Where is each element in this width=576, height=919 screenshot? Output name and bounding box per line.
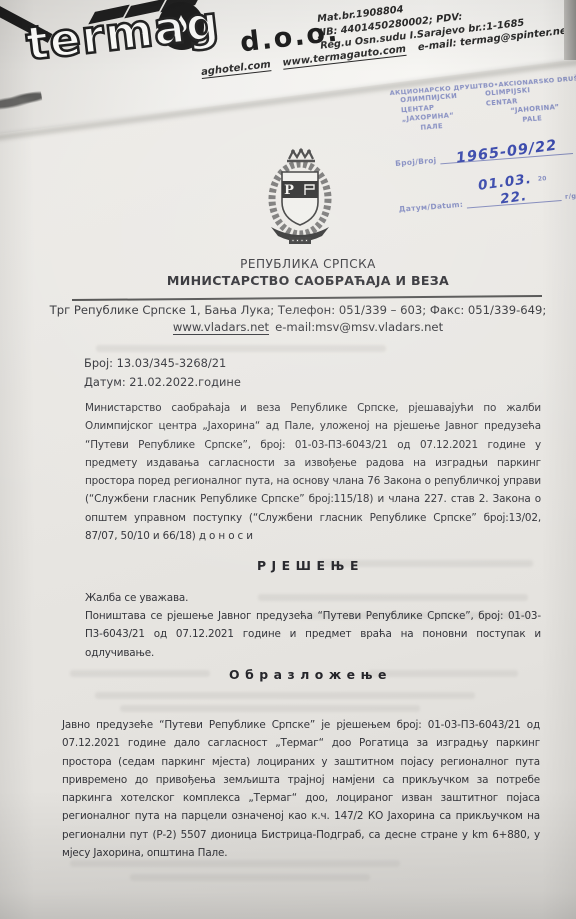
stamp-date-suffix: г/g	[565, 192, 576, 201]
republic-title: РЕПУБЛИКА СРПСКА	[40, 257, 576, 271]
stamp-number-line: 1965-09/22	[439, 137, 573, 164]
decision-paragraph: Поништава се рјешење Јавног предузећа “П…	[85, 607, 541, 662]
address-line: Трг Републике Српске 1, Бања Лука; Телеф…	[20, 303, 576, 317]
document-number: Број: 13.03/345-3268/21	[84, 354, 241, 373]
bleed-through	[96, 345, 386, 352]
company-logo: termag	[24, 0, 223, 71]
intro-paragraph: Министарство саобраћаја и веза Републике…	[85, 399, 541, 545]
stamp-text-cyrillic: ПАЛЕ	[420, 122, 443, 133]
bleed-through	[95, 692, 475, 699]
document-meta: Број: 13.03/345-3268/21 Датум: 21.02.202…	[84, 354, 241, 391]
contact-line: www.vladars.nete-mail:msv@msv.vladars.ne…	[40, 320, 576, 334]
emblem-monogram: Р	[284, 183, 294, 198]
bleed-through	[120, 705, 420, 712]
stamp-number-label: Број/Broj	[395, 156, 437, 168]
letterhead-website-partial: aghotel.com	[201, 59, 272, 79]
received-stamp: АКЦИОНАРСКО ДРУШТВО•AKCIONARSKO DRUŠTVO …	[389, 75, 576, 214]
email-text: e-mail:msv@msv.vladars.net	[275, 320, 443, 334]
bleed-through	[130, 874, 370, 881]
decision-title: Р Ј Е Ш Е Њ Е	[40, 558, 576, 573]
coat-of-arms: Р	[253, 147, 347, 251]
document-date: Датум: 21.02.2022.године	[84, 373, 241, 392]
explanation-title: О б р а з л о ж е њ е	[40, 667, 576, 682]
decision-line: Жалба се уважава.	[85, 589, 541, 607]
ministry-title: МИНИСТАРСТВО САОБРАЋАЈА И ВЕЗА	[40, 273, 576, 288]
document-photo: termag d.o.o. Mat.br.1908804 JIB: 440145…	[0, 0, 576, 919]
stamp-century: 20	[538, 175, 547, 183]
stamp-text-latin: PALE	[522, 114, 542, 125]
handwritten-number: 1965-09/22	[455, 138, 558, 167]
explanation-paragraph: Јавно предузеће “Путеви Републике Српске…	[62, 716, 540, 862]
photo-edge	[564, 0, 576, 60]
website-link: www.vladars.net	[173, 320, 269, 335]
